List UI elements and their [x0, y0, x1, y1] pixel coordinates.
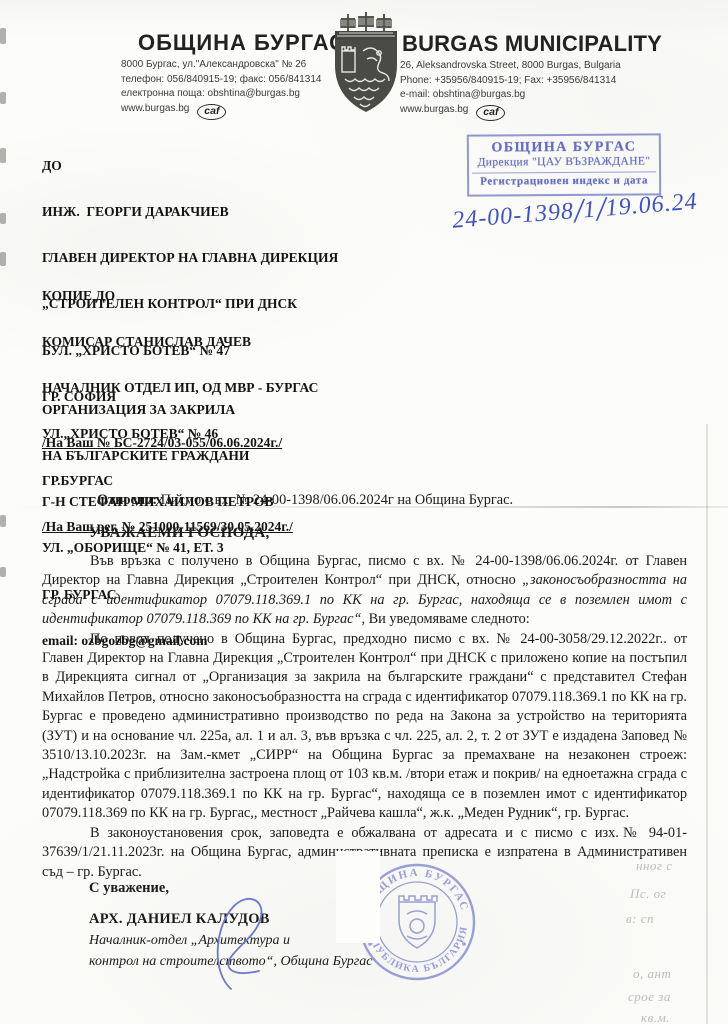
bleed-through-text: кв.м. [641, 1010, 670, 1024]
scan-artifact [0, 92, 6, 104]
signature [203, 893, 293, 993]
closing-regards: С уважение, [89, 880, 169, 897]
phone-line-en: Phone: +35956/840915-19; Fax: +35956/841… [400, 74, 621, 89]
web-line-en: www.burgas.bgcaf [400, 103, 621, 121]
paragraph-1: Във връзка с получено в Община Бургас, п… [42, 552, 687, 630]
bleed-through-text: Пс. ог [630, 886, 666, 902]
municipality-contact-bg: 8000 Бургас, ул."Александровска" № 26 те… [121, 58, 321, 120]
scan-artifact [0, 213, 6, 224]
addr-line: КОПИЕ ДО [42, 288, 318, 303]
web-line-bg: www.burgas.bgcaf [121, 102, 321, 120]
scan-artifact [0, 148, 6, 163]
stamp-directorate: Дирекция "ЦАУ ВЪЗРАЖДАНЕ" [469, 155, 659, 169]
bleed-through-text: в: сп [626, 911, 654, 927]
municipality-contact-en: 26, Aleksandrovska Street, 8000 Burgas, … [400, 59, 621, 121]
scan-artifact [0, 567, 6, 577]
municipality-title-en: BURGAS MUNICIPALITY [402, 31, 662, 57]
paragraph-2: По повод получено в Община Бургас, предх… [42, 630, 687, 824]
page-edge-shadow [706, 424, 708, 1024]
addr-line: ДО [42, 158, 338, 173]
addr-line: НА БЪЛГАРСКИТЕ ГРАЖДАНИ [42, 448, 273, 463]
address-line-en: 26, Aleksandrovska Street, 8000 Burgas, … [400, 59, 621, 74]
stamp-reg-caption: Регистрационен индекс и дата [469, 174, 659, 188]
address-line-bg: 8000 Бургас, ул."Александровска" № 26 [121, 58, 321, 73]
burgas-coat-of-arms [327, 11, 405, 115]
addr-line: ОРГАНИЗАЦИЯ ЗА ЗАКРИЛА [42, 402, 273, 417]
caf-logo: caf [197, 104, 226, 120]
scan-artifact [0, 252, 6, 266]
scan-artifact [0, 28, 6, 44]
paper-crease [0, 506, 728, 508]
bleed-through-text: нног с [636, 858, 673, 874]
stamp-municipality-name: ОБЩИНА БУРГАС [469, 139, 659, 155]
registration-stamp: ОБЩИНА БУРГАС Дирекция "ЦАУ ВЪЗРАЖДАНЕ" … [467, 133, 661, 196]
addr-line: КОМИСАР СТАНИСЛАВ ДАЧЕВ [42, 334, 318, 349]
email-line-en: e-mail: obshtina@burgas.bg [400, 88, 621, 103]
scan-artifact [0, 515, 6, 527]
salutation: УВАЖАЕМИ ГОСПОДА, [89, 525, 270, 542]
email-line-bg: електронна поща: obshtina@burgas.bg [121, 87, 321, 102]
stamp-divider [472, 171, 656, 173]
caf-logo: caf [476, 105, 505, 121]
addr-line: ИНЖ. ГЕОРГИ ДАРАКЧИЕВ [42, 204, 338, 219]
phone-line-bg: телефон: 056/840915-19; факс: 056/841314 [121, 73, 321, 88]
scanned-letter-page: ОБЩИНА БУРГАС 8000 Бургас, ул."Александр… [0, 0, 728, 1024]
bleed-through-text: о, ант [633, 966, 671, 982]
municipality-title-bg: ОБЩИНА БУРГАС [138, 30, 346, 56]
scan-white-patch [336, 851, 380, 943]
bleed-through-text: срое за [628, 989, 671, 1005]
letter-body: Във връзка с получено в Община Бургас, п… [42, 552, 687, 882]
